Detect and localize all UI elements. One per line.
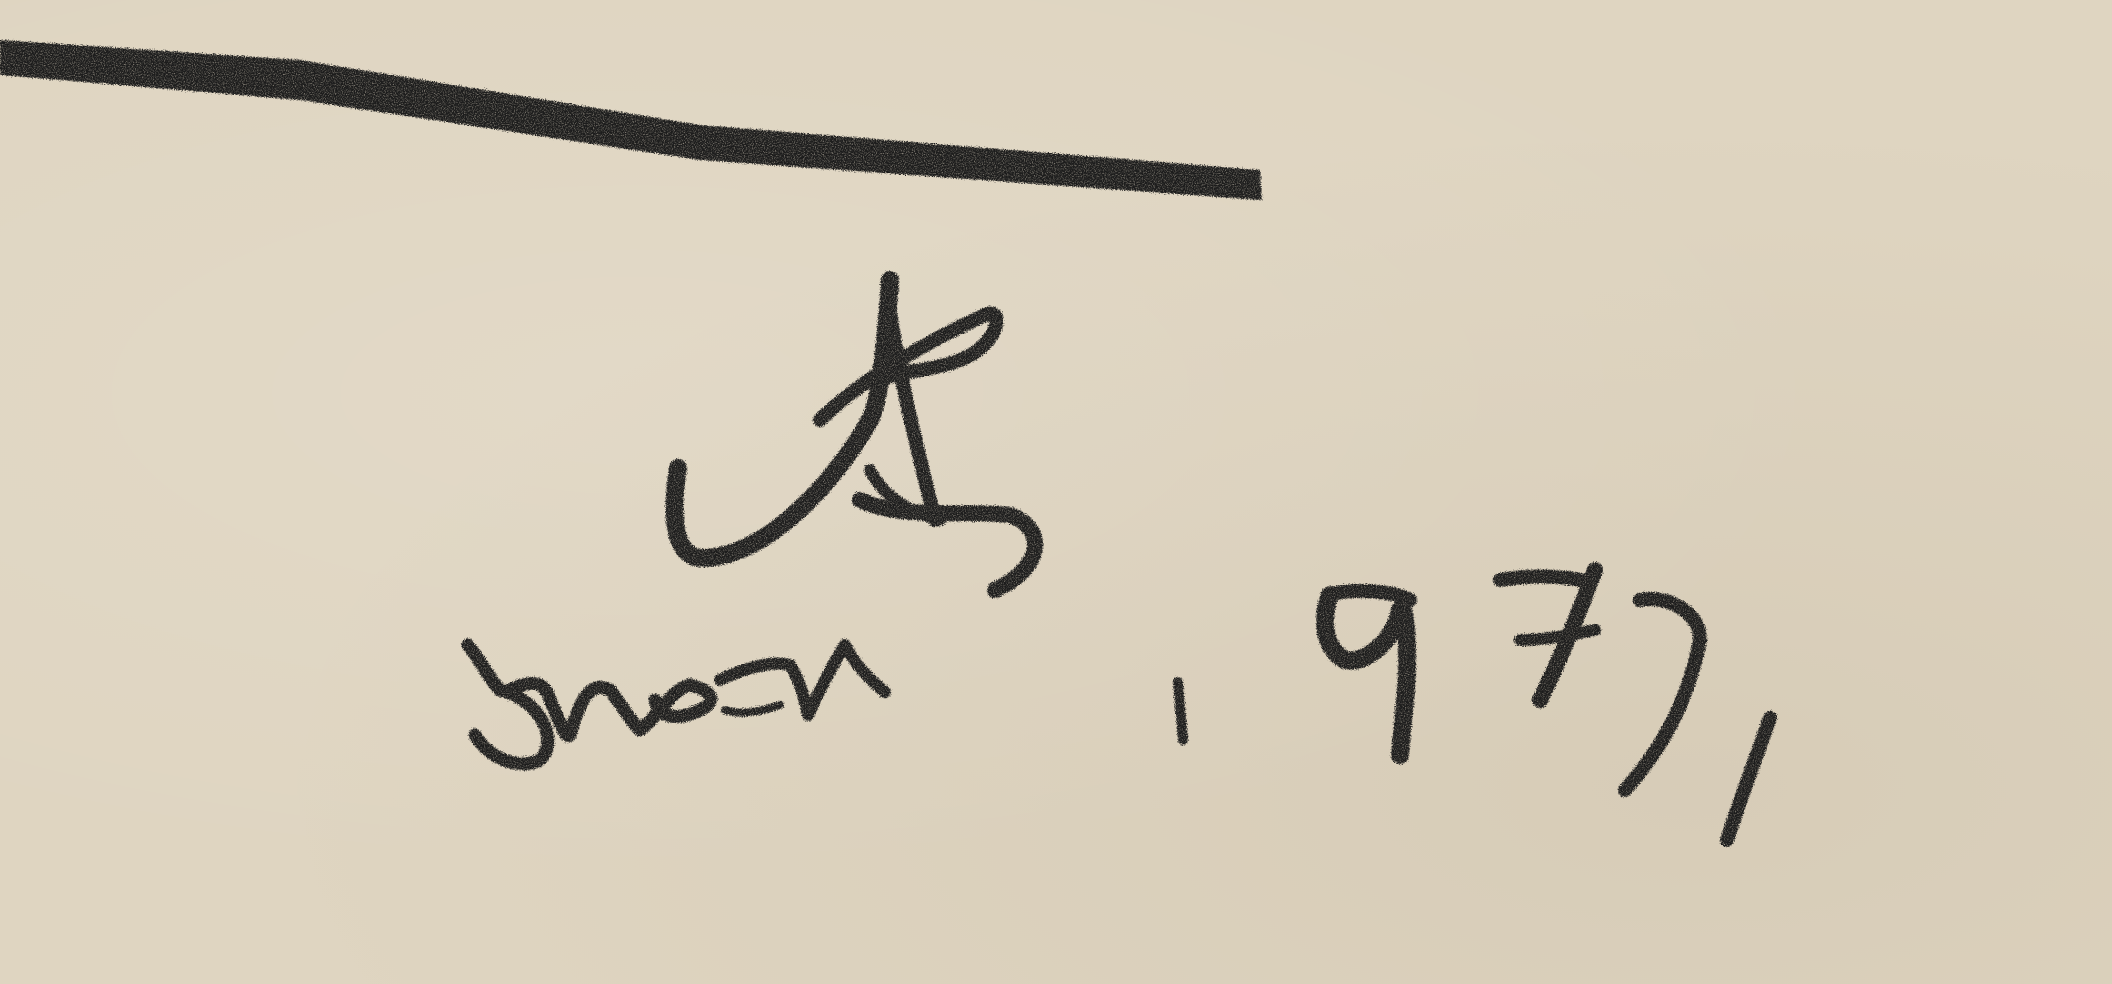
date-inscription (468, 570, 1770, 840)
charcoal-drawing (0, 0, 2112, 984)
top-line-stroke (0, 40, 1262, 200)
monogram-signature (674, 280, 1035, 590)
